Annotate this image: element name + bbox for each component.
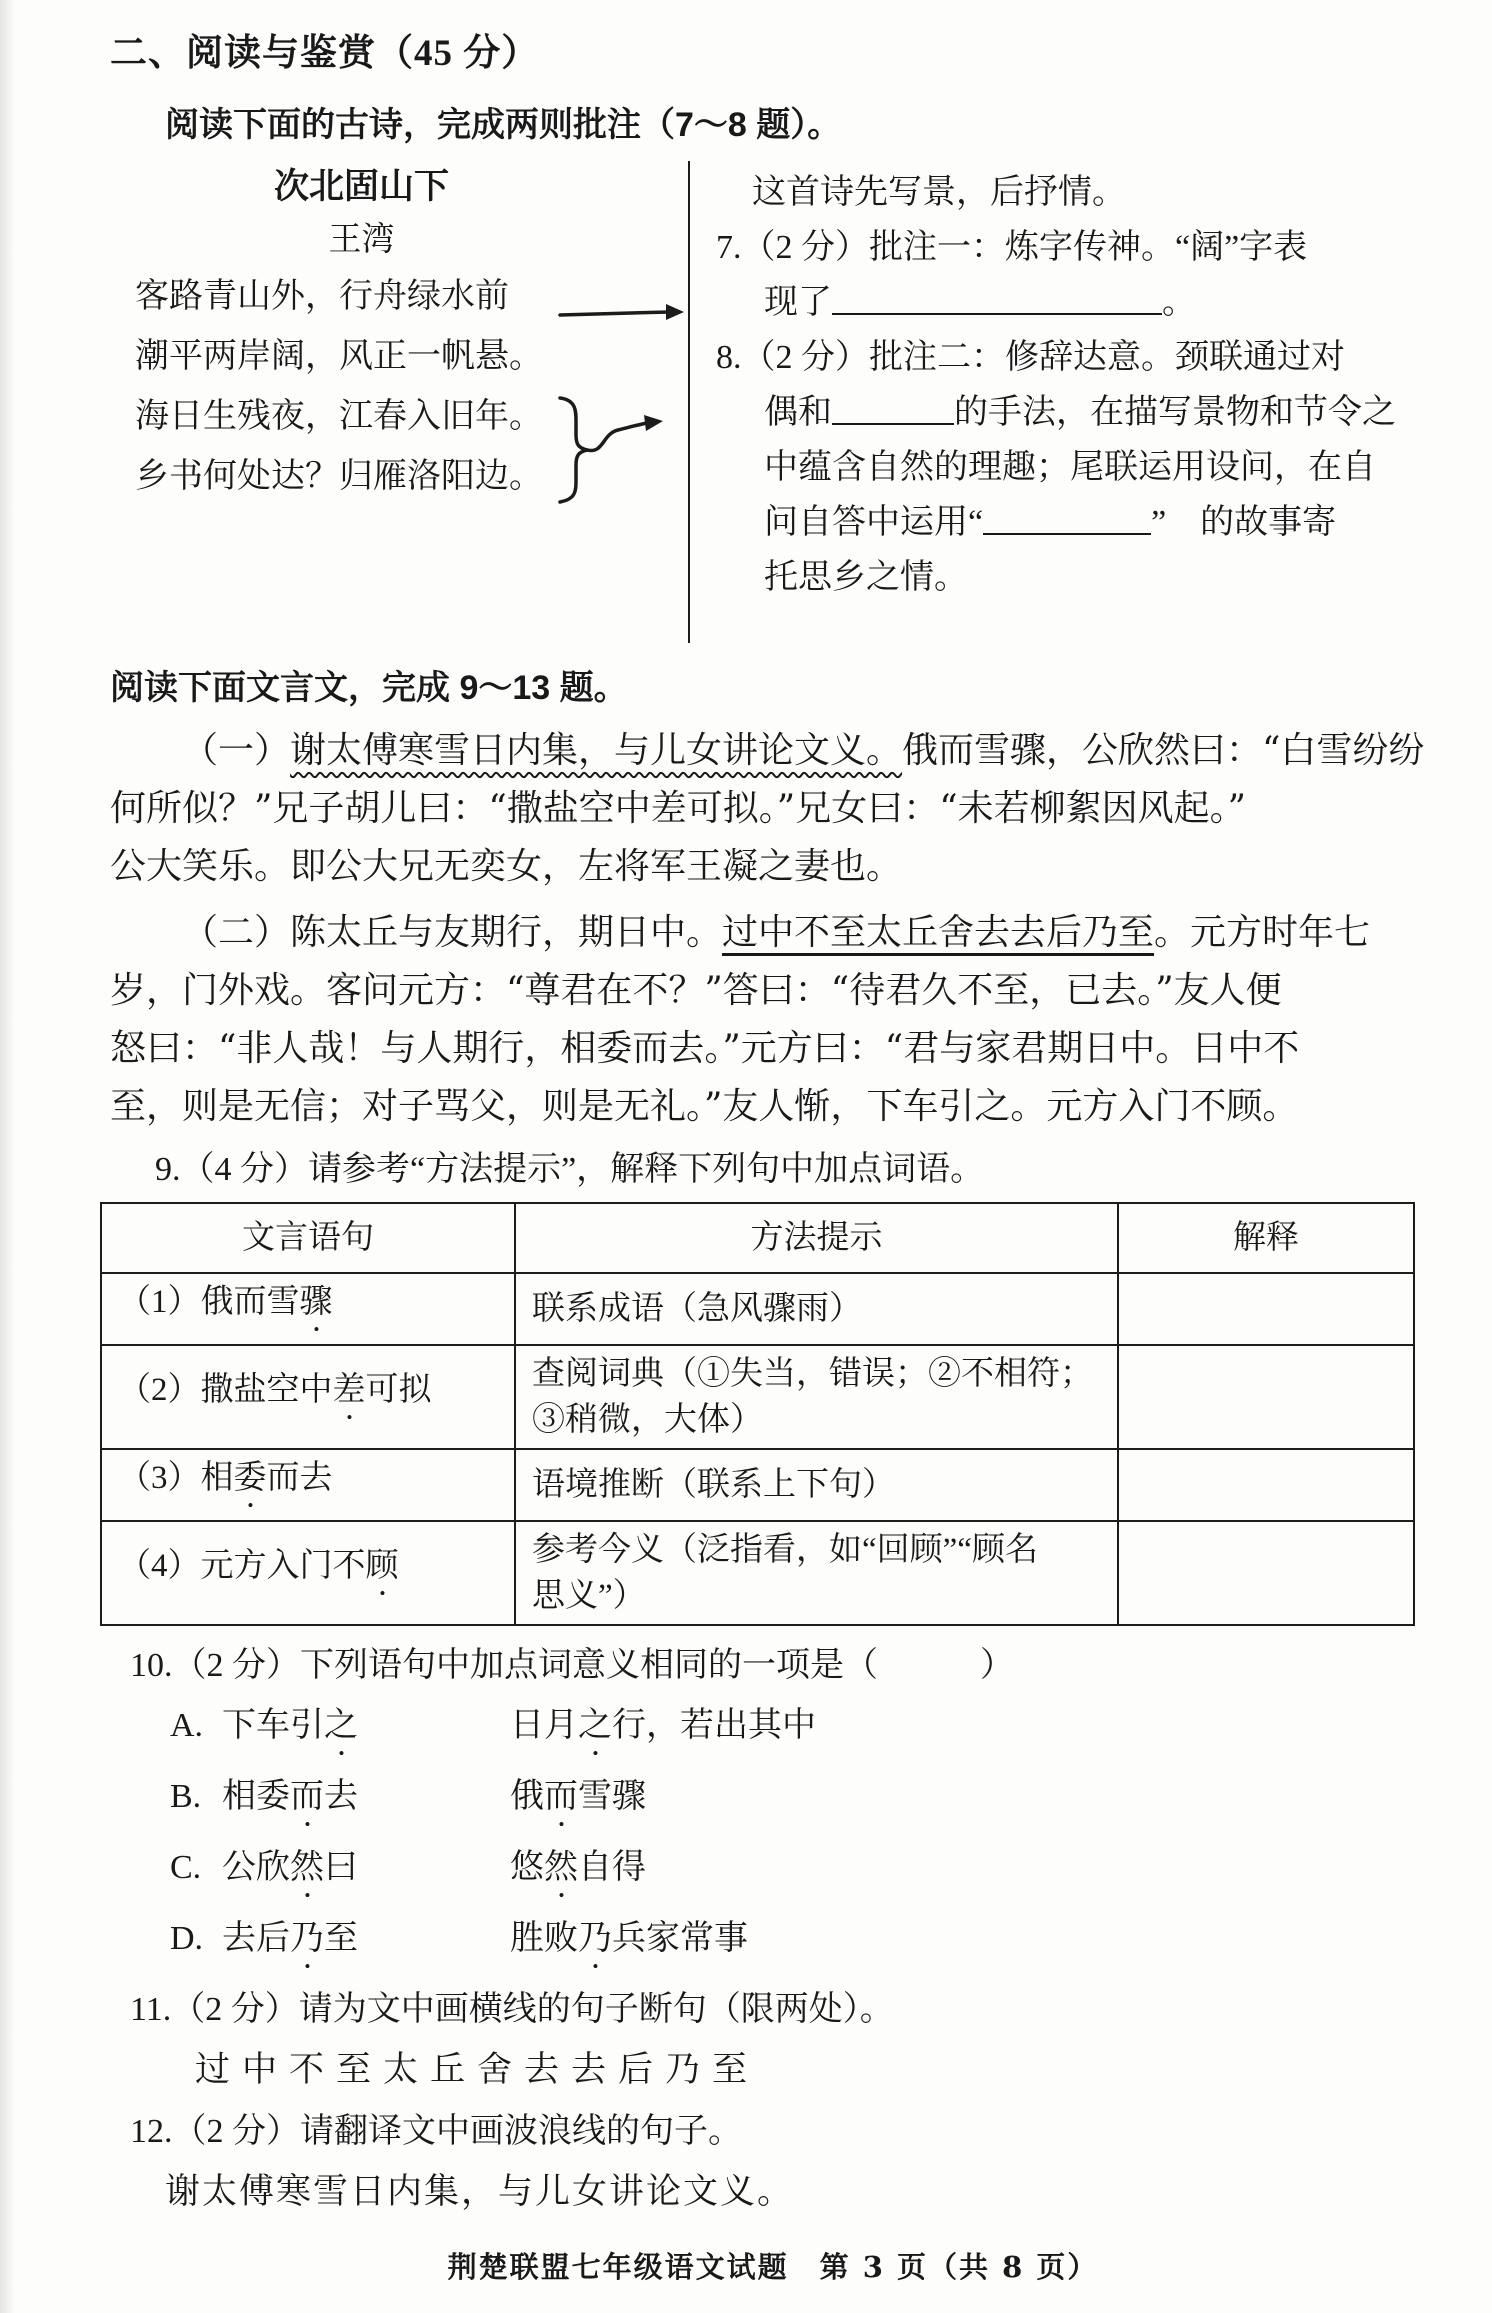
option-label: B. <box>170 1771 222 1823</box>
poem-intro: 阅读下面的古诗，完成两则批注（7～8 题）。 <box>165 100 1436 151</box>
emphasized-text: 而 <box>290 1778 324 1815</box>
emphasized-text: 骤 <box>300 1284 333 1320</box>
emphasized-text: 之 <box>578 1707 612 1744</box>
option-c: C.公欣然曰悠然自得 <box>170 1842 1436 1905</box>
poem-line: 客路青山外，行舟绿水前 <box>135 266 588 326</box>
section-title: 二、阅读与鉴赏（45 分） <box>110 26 1436 82</box>
option-label: C. <box>170 1842 222 1894</box>
text-segment: 7.（2 分）批注一：炼字传神。“阔”字表 <box>716 229 1307 266</box>
emphasized-text: 乃 <box>578 1920 612 1957</box>
question-7: 7.（2 分）批注一：炼字传神。“阔”字表现了。 <box>716 220 1436 330</box>
hint-cell: 联系成语（急风骤雨） <box>515 1273 1118 1345</box>
emphasized-text: 然 <box>544 1849 578 1886</box>
table-row: （2）撒盐空中差可拟 查阅词典（①失当，错误；②不相符；③稍微，大体） <box>101 1345 1414 1449</box>
table-row: （1）俄而雪骤 联系成语（急风骤雨） <box>101 1273 1414 1345</box>
text-segment: （一） <box>182 730 290 771</box>
phrase-cell: （3）相委而去 <box>101 1449 515 1521</box>
text-segment: 。元方时年七 <box>1154 912 1370 953</box>
poem: 次北固山下 王湾 客路青山外，行舟绿水前 潮平两岸阔，风正一帆悬。 海日生残夜，… <box>110 161 690 643</box>
text-segment: 问自答中运用“ <box>764 504 983 541</box>
poem-line: 海日生残夜，江春入旧年。 <box>135 386 588 446</box>
emphasized-text: 委 <box>234 1460 267 1496</box>
answer-blank <box>983 499 1151 535</box>
text-segment: 怒曰：“非人哉！与人期行，相委而去。”元方曰：“君与家君期日中。日中不 <box>110 1028 1299 1069</box>
option-b: B.相委而去俄而雪骤 <box>170 1771 1436 1834</box>
text-segment: 的手法，在描写景物和节令之 <box>954 394 1396 431</box>
exam-page: 二、阅读与鉴赏（45 分） 阅读下面的古诗，完成两则批注（7～8 题）。 次北固… <box>110 26 1436 2289</box>
emphasized-text: 乃 <box>290 1920 324 1957</box>
text-segment: 公欣 <box>222 1849 290 1886</box>
text-segment: 下车引 <box>222 1707 324 1744</box>
passage-1: （一）谢太傅寒雪日内集，与儿女讲论文义。俄而雪骤，公欣然曰：“白雪纷纷何所似？”… <box>110 722 1436 896</box>
option-right-phrase: 胜败乃兵家常事 <box>510 1920 748 1957</box>
text-segment: 岁，门外戏。客问元方：“尊君在不？”答曰：“待君久不至，已去。”友人便 <box>110 970 1282 1011</box>
emphasized-text: 之 <box>324 1707 358 1744</box>
table-row: （4）元方入门不顾 参考今义（泛指看，如“回顾”“顾名思义”） <box>101 1521 1414 1625</box>
text-segment: 去后 <box>222 1920 290 1957</box>
annotation-lead: 这首诗先写景，后抒情。 <box>716 165 1436 220</box>
hint-cell: 语境推断（联系上下句） <box>515 1449 1118 1521</box>
text-segment: 至 <box>324 1920 358 1957</box>
emphasized-text: 过中不至太丘舍去去后乃至 <box>722 912 1154 953</box>
question-11-stem: 11.（2 分）请为文中画横线的句子断句（限两处）。 <box>130 1984 1436 2036</box>
emphasized-text: 而 <box>544 1778 578 1815</box>
text-segment: 日月 <box>510 1707 578 1744</box>
table-row: （3）相委而去 语境推断（联系上下句） <box>101 1449 1414 1521</box>
emphasized-text: 然 <box>290 1849 324 1886</box>
text-segment: 行，若出其中 <box>612 1707 816 1744</box>
text-segment: （2）撒盐空中 <box>118 1372 333 1408</box>
emphasized-text: 谢太傅寒雪日内集，与儿女讲论文义。 <box>290 730 902 771</box>
table-header-phrase: 文言语句 <box>101 1203 515 1273</box>
answer-cell <box>1118 1273 1414 1345</box>
poem-line: 潮平两岸阔，风正一帆悬。 <box>135 326 588 386</box>
answer-blank <box>832 279 1162 315</box>
text-segment: 何所似？”兄子胡儿曰：“撒盐空中差可拟。”兄女曰：“未若柳絮因风起。” <box>110 788 1246 829</box>
text-segment: 8.（2 分）批注二：修辞达意。颈联通过对 <box>716 339 1345 376</box>
passage-2: （二）陈太丘与友期行，期日中。过中不至太丘舍去去后乃至。元方时年七岁，门外戏。客… <box>110 904 1436 1136</box>
answer-cell <box>1118 1345 1414 1449</box>
table-header-answer: 解释 <box>1118 1203 1414 1273</box>
emphasized-text: 差 <box>333 1372 366 1408</box>
text-segment: 胜败 <box>510 1920 578 1957</box>
text-segment: 查阅词典（①失当，错误；②不相符； <box>532 1356 1093 1392</box>
text-segment: 语境推断（联系上下句） <box>532 1467 895 1503</box>
phrase-cell: （4）元方入门不顾 <box>101 1521 515 1625</box>
text-segment: 联系成语（急风骤雨） <box>532 1291 862 1327</box>
poem-title: 次北固山下 <box>135 163 588 211</box>
option-right-phrase: 悠然自得 <box>510 1849 646 1886</box>
annotation-column: 这首诗先写景，后抒情。 7.（2 分）批注一：炼字传神。“阔”字表现了。 8.（… <box>690 161 1436 643</box>
question-12-stem: 12.（2 分）请翻译文中画波浪线的句子。 <box>130 2106 1436 2158</box>
text-segment: 现了 <box>764 284 832 321</box>
wenyan-intro: 阅读下面文言文，完成 9～13 题。 <box>110 663 1436 714</box>
option-left-phrase: 去后乃至 <box>222 1913 510 1976</box>
text-segment: 悠 <box>510 1849 544 1886</box>
table-header-hint: 方法提示 <box>515 1203 1118 1273</box>
question-9-stem: 9.（4 分）请参考“方法提示”，解释下列句中加点词语。 <box>155 1144 1436 1196</box>
text-segment: （4）元方入门不 <box>118 1548 366 1584</box>
text-segment: 。 <box>1162 284 1196 321</box>
text-segment: 去 <box>324 1778 358 1815</box>
text-segment: ③稍微，大体） <box>532 1402 763 1438</box>
answer-cell <box>1118 1449 1414 1521</box>
table-header-row: 文言语句 方法提示 解释 <box>101 1203 1414 1273</box>
question-11-sentence: 过中不至太丘舍去去后乃至 <box>195 2042 1436 2098</box>
answer-cell <box>1118 1521 1414 1625</box>
text-segment: 中蕴含自然的理趣；尾联运用设问，在自 <box>764 449 1376 486</box>
text-segment: （3）相 <box>118 1460 234 1496</box>
option-label: A. <box>170 1700 222 1752</box>
option-right-phrase: 日月之行，若出其中 <box>510 1707 816 1744</box>
text-segment: 兵家常事 <box>612 1920 748 1957</box>
text-segment: 曰 <box>324 1849 358 1886</box>
option-right-phrase: 俄而雪骤 <box>510 1778 646 1815</box>
option-left-phrase: 下车引之 <box>222 1700 510 1763</box>
text-segment: （1）俄而雪 <box>118 1284 300 1320</box>
hint-cell: 查阅词典（①失当，错误；②不相符；③稍微，大体） <box>515 1345 1118 1449</box>
question-12-sentence: 谢太傅寒雪日内集，与儿女讲论文义。 <box>165 2164 1436 2220</box>
option-left-phrase: 相委而去 <box>222 1771 510 1834</box>
text-segment: 偶和 <box>764 394 832 431</box>
hint-cell: 参考今义（泛指看，如“回顾”“顾名思义”） <box>515 1521 1118 1625</box>
phrase-cell: （1）俄而雪骤 <box>101 1273 515 1345</box>
text-segment: 可拟 <box>366 1372 432 1408</box>
text-segment: 托思乡之情。 <box>764 559 968 596</box>
text-segment: 俄而雪骤，公欣然曰：“白雪纷纷 <box>902 730 1424 771</box>
question-10-stem: 10.（2 分）下列语句中加点词意义相同的一项是（ ） <box>130 1640 1436 1692</box>
answer-blank <box>832 389 954 425</box>
option-d: D.去后乃至胜败乃兵家常事 <box>170 1913 1436 1976</box>
poem-author: 王湾 <box>135 211 588 266</box>
method-table: 文言语句 方法提示 解释 （1）俄而雪骤 联系成语（急风骤雨） （2）撒盐空中差… <box>100 1202 1415 1626</box>
emphasized-text: 顾 <box>366 1548 399 1584</box>
option-label: D. <box>170 1913 222 1965</box>
text-segment: 雪骤 <box>578 1778 646 1815</box>
text-segment: 而去 <box>267 1460 333 1496</box>
text-segment: ” 的故事寄 <box>1151 504 1336 541</box>
text-segment: 相委 <box>222 1778 290 1815</box>
text-segment: 思义”） <box>532 1578 646 1614</box>
option-a: A.下车引之日月之行，若出其中 <box>170 1700 1436 1763</box>
option-left-phrase: 公欣然曰 <box>222 1842 510 1905</box>
text-segment: 至，则是无信；对子骂父，则是无礼。”友人惭，下车引之。元方入门不顾。 <box>110 1086 1298 1127</box>
poem-line: 乡书何处达？归雁洛阳边。 <box>135 446 588 506</box>
phrase-cell: （2）撒盐空中差可拟 <box>101 1345 515 1449</box>
question-8: 8.（2 分）批注二：修辞达意。颈联通过对偶和的手法，在描写景物和节令之中蕴含自… <box>716 330 1436 605</box>
text-segment: （二）陈太丘与友期行，期日中。 <box>182 912 722 953</box>
text-segment: 自得 <box>578 1849 646 1886</box>
text-segment: 公大笑乐。即公大兄无奕女，左将军王凝之妻也。 <box>110 846 902 887</box>
page-footer: 荆楚联盟七年级语文试题 第 3 页（共 8 页） <box>110 2246 1436 2290</box>
text-segment: 参考今义（泛指看，如“回顾”“顾名 <box>532 1532 1038 1568</box>
poem-annotation-block: 次北固山下 王湾 客路青山外，行舟绿水前 潮平两岸阔，风正一帆悬。 海日生残夜，… <box>110 161 1436 643</box>
text-segment: 俄 <box>510 1778 544 1815</box>
